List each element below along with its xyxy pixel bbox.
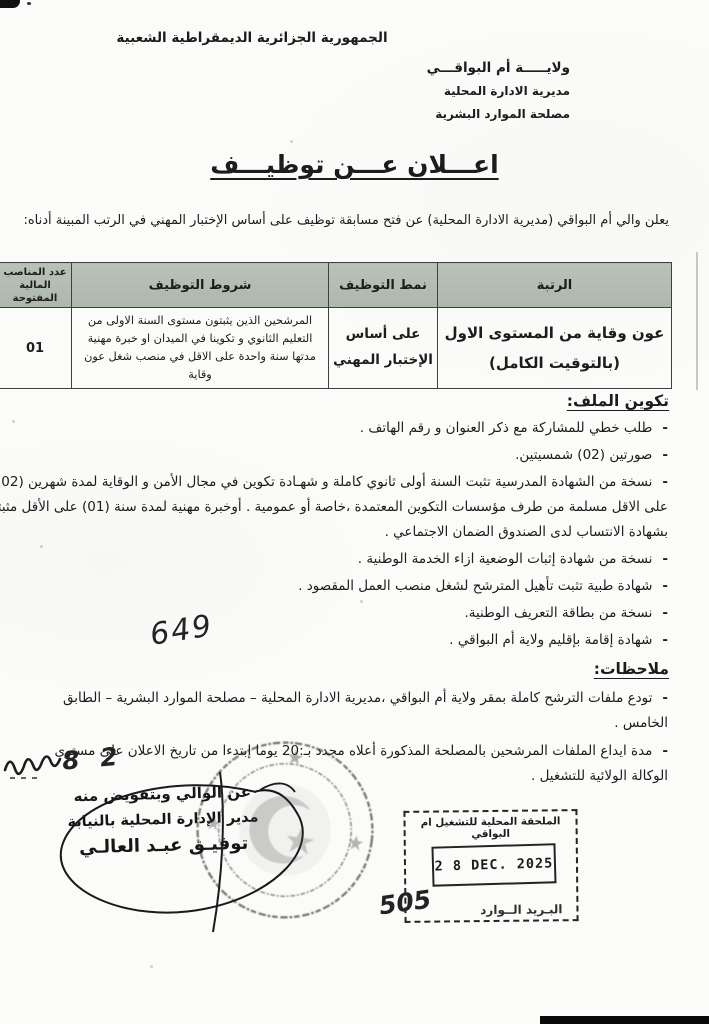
dossier-item: طلب خطي للمشاركة مع ذكر العنوان و رقم ال… (0, 416, 668, 441)
scan-corner-mark (0, 0, 20, 8)
intro-paragraph: يعلن والي أم البواقي (مديرية الادارة الم… (6, 211, 669, 232)
star-icon (347, 834, 364, 851)
scan-speck (150, 965, 153, 968)
letterhead-directorate: مديرية الادارة المحلية (427, 80, 570, 103)
scan-speck (27, 2, 31, 5)
scanned-document-page: الجمهورية الجزائرية الديمقراطية الشعبية … (0, 0, 709, 1024)
cell-positions: 01 (0, 308, 72, 389)
letterhead-wilaya: ولايـــــة أم البواقـــي (427, 57, 570, 80)
cell-rank: عون وقاية من المستوى الاول (بالتوقيت الك… (438, 308, 672, 389)
stamp-title: الملحقة المحلية للتشغيل ام البواقي (409, 815, 571, 841)
header-rank: الرتبة (438, 263, 672, 308)
rank-line1: عون وقاية من المستوى الاول (442, 318, 667, 348)
dossier-list: طلب خطي للمشاركة مع ذكر العنوان و رقم ال… (0, 416, 668, 655)
header-positions: عدد المناصب المالية المفتوحة (0, 263, 72, 308)
header-conditions: شروط التوظيف (72, 263, 329, 308)
official-round-seal: الجمهورية الجزائرية الديمقراطية الشعبية … (180, 721, 389, 939)
dossier-item: صورتين (02) شمسيتين. (0, 443, 668, 468)
stamp-date-box: 2 8 DEC. 2025 (431, 843, 556, 886)
stamp-date: 2 8 DEC. 2025 (434, 855, 553, 874)
republic-header: الجمهورية الجزائرية الديمقراطية الشعبية (107, 30, 397, 46)
table-row: عون وقاية من المستوى الاول (بالتوقيت الك… (0, 308, 672, 389)
cell-mode: على أساس الإختبار المهني (329, 308, 438, 389)
note-item: تودع ملفات الترشح كاملة بمقر ولاية أم ال… (20, 686, 668, 736)
announcement-title-text: اعـــلان عـــن توظيـــف (210, 150, 498, 179)
announcement-title: اعـــلان عـــن توظيـــف (0, 150, 709, 179)
letterhead: ولايـــــة أم البواقـــي مديرية الادارة … (427, 57, 570, 126)
recruitment-table: الرتبة نمط التوظيف شروط التوظيف عدد المن… (0, 262, 672, 389)
dossier-item: نسخة من شهادة إثبات الوضعية ازاء الخدمة … (0, 547, 668, 572)
letterhead-service: مصلحة الموارد البشرية (427, 103, 570, 126)
table-header-row: الرتبة نمط التوظيف شروط التوظيف عدد المن… (0, 263, 672, 308)
seal-center-shade (233, 778, 337, 882)
notes-section-heading: ملاحظات: (594, 660, 669, 678)
dossier-section-heading: تكوين الملف: (567, 392, 669, 410)
cell-conditions: المرشحين الذين يثبتون مستوى السنة الاولى… (72, 308, 329, 389)
star-icon (287, 749, 304, 766)
scan-black-bar (540, 1016, 709, 1024)
stamp-footer-text: البـريد الــوارد (480, 902, 562, 917)
header-mode: نمط التوظيف (329, 263, 438, 308)
dossier-item: نسخة من بطاقة التعريف الوطنية. (0, 601, 668, 626)
dossier-item: شهادة طبية تثبت تأهيل المترشح لشغل منصب … (0, 574, 668, 599)
scan-speck (290, 140, 293, 143)
scan-edge-line (696, 252, 698, 390)
dossier-item: نسخة من الشهادة المدرسية تثبت السنة أولى… (0, 470, 668, 545)
rank-line2: (بالتوقيت الكامل) (442, 348, 667, 378)
dossier-item: شهادة إقامة بإقليم ولاية أم البواقي . (0, 628, 668, 653)
